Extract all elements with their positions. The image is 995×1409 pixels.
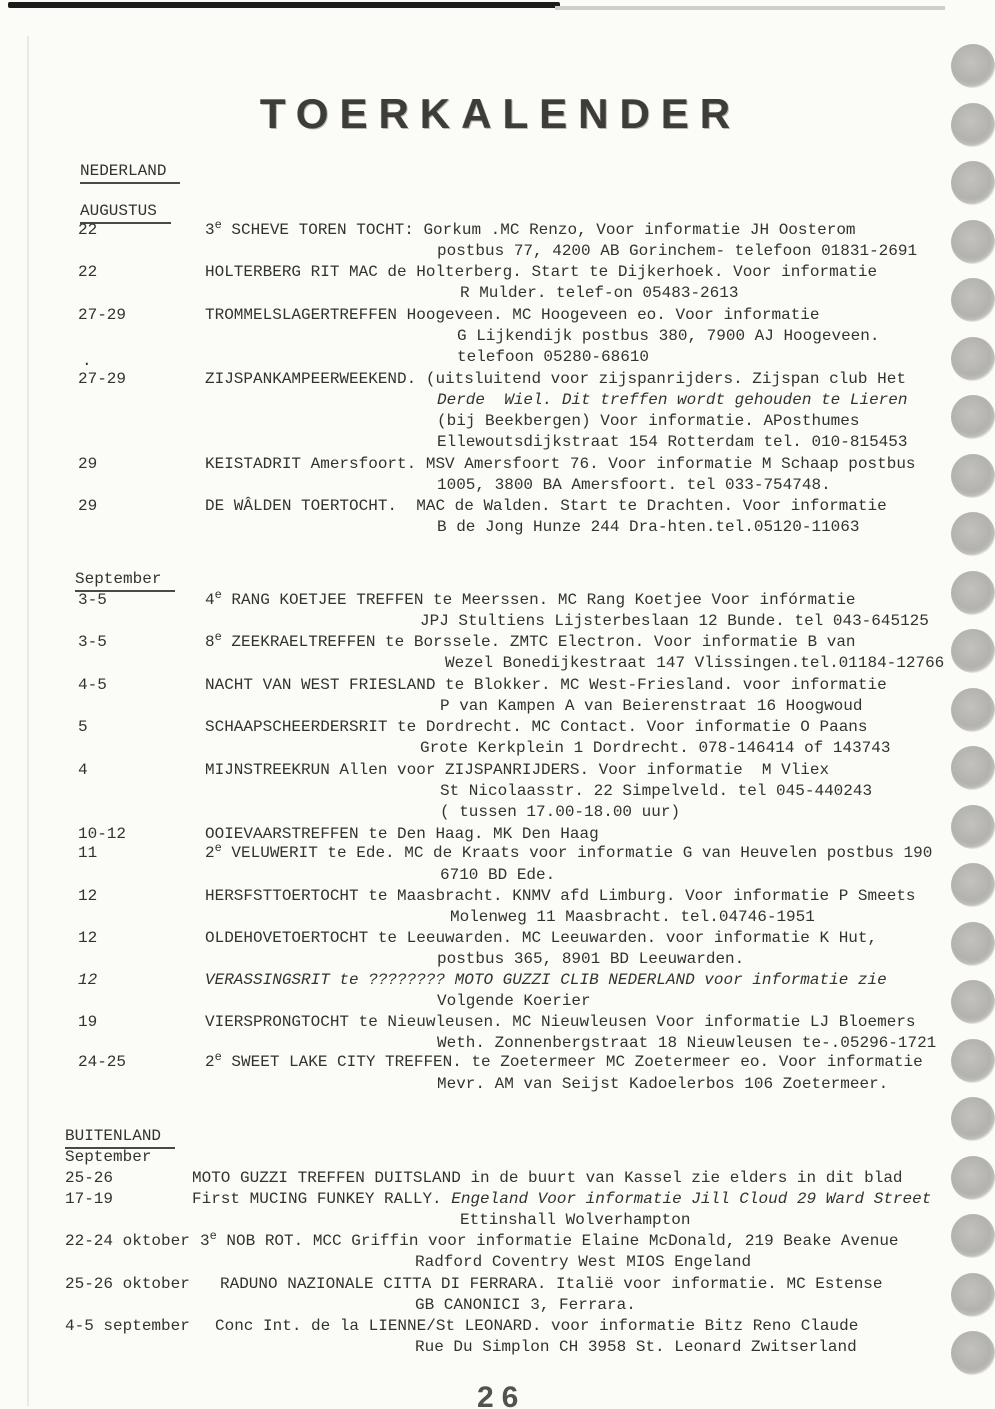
- entry-date: 5: [78, 719, 88, 736]
- entry-line: JPJ Stultiens Lijsterbeslaan 12 Bunde. t…: [420, 613, 929, 630]
- binder-hole: [951, 161, 995, 205]
- entry-date: 29: [78, 456, 97, 473]
- month-heading: September: [65, 1149, 151, 1166]
- entry-line: Ettinshall Wolverhampton: [460, 1212, 690, 1229]
- entry-line: SCHAAPSCHEERDERSRIT te Dordrecht. MC Con…: [205, 719, 868, 736]
- entry-line: ( tussen 17.00-18.00 uur): [440, 804, 680, 821]
- page-title: TOERKALENDER: [260, 90, 741, 138]
- entry-line: 2e VELUWERIT te Ede. MC de Kraats voor i…: [205, 845, 932, 862]
- scan-edge-top-dark: [8, 2, 560, 8]
- entry-line: ZIJSPANKAMPEERWEEKEND. (uitsluitend voor…: [205, 371, 906, 388]
- entry-line: KEISTADRIT Amersfoort. MSV Amersfoort 76…: [205, 456, 916, 473]
- entry-line: postbus 77, 4200 AB Gorinchem- telefoon …: [437, 243, 917, 260]
- entry-date: 12: [78, 972, 97, 989]
- entry-line: HERSFSTTOERTOCHT te Maasbracht. KNMV afd…: [205, 888, 916, 905]
- entry-line: MIJNSTREEKRUN Allen voor ZIJSPANRIJDERS.…: [205, 762, 829, 779]
- entry-line: Radford Coventry West MIOS Engeland: [415, 1254, 751, 1271]
- scan-edge-top-light: [555, 6, 945, 10]
- scan-fold-line: [27, 36, 29, 1406]
- entry-line: DE WÂLDEN TOERTOCHT. MAC de Walden. Star…: [205, 498, 887, 515]
- entry-date: 3-5: [78, 634, 107, 651]
- binder-hole: [951, 220, 995, 264]
- entry-line: R Mulder. telef-on 05483-2613: [460, 285, 738, 302]
- month-heading: AUGUSTUS: [80, 203, 171, 220]
- binder-hole: [951, 688, 995, 732]
- entry-line: First MUCING FUNKEY RALLY. Engeland Voor…: [192, 1191, 931, 1208]
- stray-mark: .: [82, 353, 92, 370]
- entry-line: OOIEVAARSTREFFEN te Den Haag. MK Den Haa…: [205, 826, 599, 843]
- entry-date: 19: [78, 1014, 97, 1031]
- scanned-page: TOERKALENDER NEDERLANDAUGUSTUS223e SCHEV…: [0, 0, 995, 1409]
- binder-hole: [951, 337, 995, 381]
- binder-hole: [951, 44, 995, 88]
- entry-line: VERASSINGSRIT te ???????? MOTO GUZZI CLI…: [205, 972, 887, 989]
- entry-date: 12: [78, 930, 97, 947]
- binder-hole: [951, 1097, 995, 1141]
- entry-line: TROMMELSLAGERTREFFEN Hoogeveen. MC Hooge…: [205, 307, 820, 324]
- entry-date: 27-29: [78, 371, 126, 388]
- entry-line: St Nicolaasstr. 22 Simpelveld. tel 045-4…: [440, 783, 872, 800]
- entry-date: 17-19: [65, 1191, 113, 1208]
- binder-hole: [951, 454, 995, 498]
- entry-line: Ellewoutsdijkstraat 154 Rotterdam tel. 0…: [437, 434, 907, 451]
- entry-date: 25-26: [65, 1170, 113, 1187]
- entry-line: 1005, 3800 BA Amersfoort. tel 033-754748…: [437, 477, 831, 494]
- entry-line: Grote Kerkplein 1 Dordrecht. 078-146414 …: [420, 740, 890, 757]
- binder-hole: [951, 395, 995, 439]
- entry-line: GB CANONICI 3, Ferrara.: [415, 1297, 636, 1314]
- entry-line: telefoon 05280-68610: [457, 349, 649, 366]
- entry-line: P van Kampen A van Beierenstraat 16 Hoog…: [440, 698, 862, 715]
- entry-date: 22: [78, 222, 97, 239]
- entry-date: 27-29: [78, 307, 126, 324]
- entry-line: Derde Wiel. Dit treffen wordt gehouden t…: [437, 392, 907, 409]
- entry-line: RADUNO NAZIONALE CITTA DI FERRARA. Itali…: [220, 1276, 883, 1293]
- entry-line: 8e ZEEKRAELTREFFEN te Borssele. ZMTC Ele…: [205, 634, 856, 651]
- entry-date: 12: [78, 888, 97, 905]
- binder-hole: [951, 629, 995, 673]
- entry-line: Weth. Zonnenbergstraat 18 Nieuwleusen te…: [437, 1035, 936, 1052]
- entry-line: OLDEHOVETOERTOCHT te Leeuwarden. MC Leeu…: [205, 930, 877, 947]
- page-number: 26: [477, 1381, 526, 1409]
- month-heading: September: [75, 571, 175, 588]
- binder-hole: [951, 805, 995, 849]
- entry-date: 25-26 oktober: [65, 1276, 190, 1293]
- entry-date: 11: [78, 845, 97, 862]
- entry-line: 4e RANG KOETJEE TREFFEN te Meerssen. MC …: [205, 592, 856, 609]
- entry-date: 4-5 september: [65, 1318, 190, 1335]
- entry-date: 3-5: [78, 592, 107, 609]
- entry-line: Rue Du Simplon CH 3958 St. Leonard Zwits…: [415, 1339, 857, 1356]
- binder-hole: [951, 863, 995, 907]
- entry-line: postbus 365, 8901 BD Leeuwarden.: [437, 951, 744, 968]
- entry-line: Molenweg 11 Maasbracht. tel.04746-1951: [450, 909, 815, 926]
- section-heading: NEDERLAND: [80, 163, 180, 180]
- entry-line: HOLTERBERG RIT MAC de Holterberg. Start …: [205, 264, 877, 281]
- entry-line: Wezel Bonedijkestraat 147 Vlissingen.tel…: [445, 655, 944, 672]
- binder-hole: [951, 980, 995, 1024]
- entry-date: 4: [78, 762, 88, 779]
- entry-line: 3e NOB ROT. MCC Griffin voor informatie …: [200, 1233, 899, 1250]
- binder-hole: [951, 1039, 995, 1083]
- entry-line: 6710 BD Ede.: [440, 867, 555, 884]
- binder-hole: [951, 1214, 995, 1258]
- entry-line: B de Jong Hunze 244 Dra-hten.tel.05120-1…: [437, 519, 859, 536]
- entry-date: 24-25: [78, 1054, 126, 1071]
- entry-date: 10-12: [78, 826, 126, 843]
- binder-hole: [951, 1331, 995, 1375]
- binder-hole: [951, 278, 995, 322]
- binder-hole: [951, 922, 995, 966]
- entry-line: Conc Int. de la LIENNE/St LEONARD. voor …: [215, 1318, 858, 1335]
- entry-line: MOTO GUZZI TREFFEN DUITSLAND in de buurt…: [192, 1170, 903, 1187]
- entry-line: 2e SWEET LAKE CITY TREFFEN. te Zoetermee…: [205, 1054, 923, 1071]
- binder-hole: [951, 512, 995, 556]
- entry-line: Volgende Koerier: [437, 993, 591, 1010]
- entry-date: 22: [78, 264, 97, 281]
- binder-hole: [951, 1156, 995, 1200]
- entry-line: 3e SCHEVE TOREN TOCHT: Gorkum .MC Renzo,…: [205, 222, 856, 239]
- entry-line: G Lijkendijk postbus 380, 7900 AJ Hoogev…: [457, 328, 879, 345]
- entry-date: 22-24 oktober: [65, 1233, 190, 1250]
- entry-date: 29: [78, 498, 97, 515]
- entry-line: (bij Beekbergen) Voor informatie. APosth…: [437, 413, 859, 430]
- section-heading: BUITENLAND: [65, 1128, 175, 1145]
- binder-hole: [951, 571, 995, 615]
- binder-hole: [951, 103, 995, 147]
- entry-date: 4-5: [78, 677, 107, 694]
- entry-line: NACHT VAN WEST FRIESLAND te Blokker. MC …: [205, 677, 887, 694]
- entry-line: Mevr. AM van Seijst Kadoelerbos 106 Zoet…: [437, 1076, 888, 1093]
- binder-hole: [951, 1273, 995, 1317]
- binder-hole: [951, 746, 995, 790]
- entry-line: VIERSPRONGTOCHT te Nieuwleusen. MC Nieuw…: [205, 1014, 916, 1031]
